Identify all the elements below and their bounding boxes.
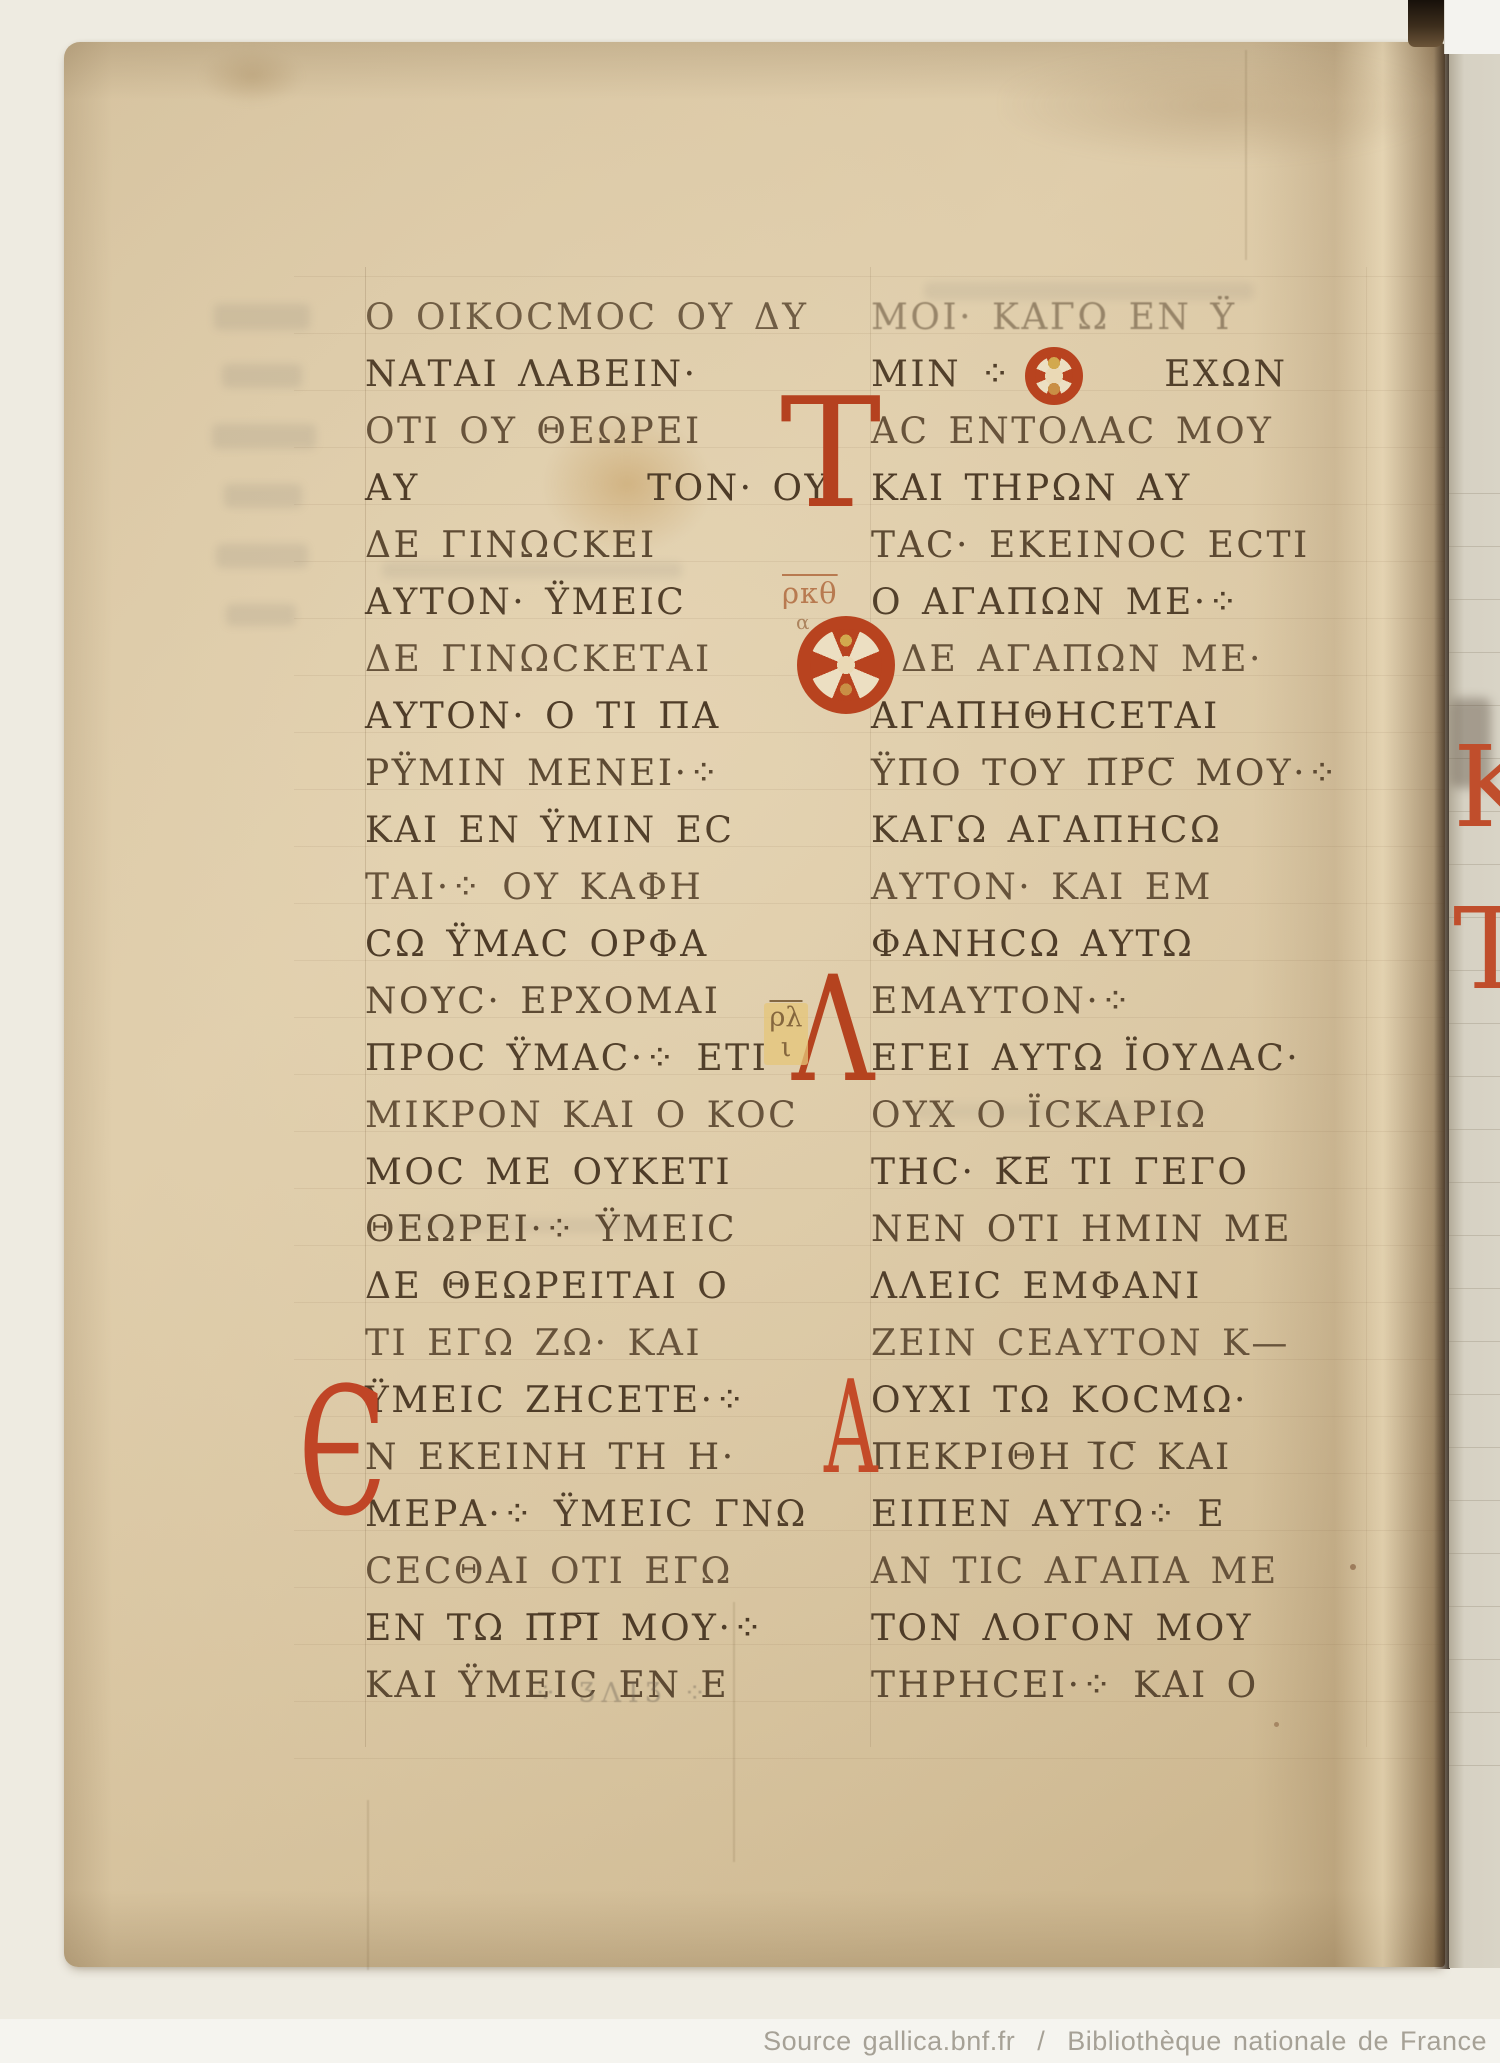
caption-bar: Source gallica.bnf.fr / Bibliothèque nat… (0, 2019, 1500, 2063)
text-column-right: ΜΟΙ· ΚΑΓΩ ΕΝ ΫΜΙΝ ⁘ ΕΧΩΝΑϹ ΕΝΤΟΛΑϹ ΜΟΥΚΑ… (871, 289, 1431, 1714)
text-line: ΦΑΝΗϹΩ ΑΥΤΩ (871, 916, 1431, 973)
corner-stain (202, 48, 302, 104)
text-line: ϹΩ ΫΜΑϹ ΟΡΦΑ (365, 916, 855, 973)
text-line: ΜΟϹ ΜΕ ΟΥΚΕΤΙ (365, 1144, 855, 1201)
faint-quire-mark: ⁘ ƷΛΙƷ ⁘ (534, 1678, 713, 1709)
text-line: ΔΕ ΘΕΩΡΕΙΤΑΙ Ο (365, 1258, 855, 1315)
text-line: ΘΕΩΡΕΙ·⁘ ΫΜΕΙϹ (365, 1201, 855, 1258)
facing-page-red-letter-kappa: Κ (1453, 743, 1500, 833)
text-line: ΕΜΑΥΤΟΝ·⁘ (871, 973, 1431, 1030)
text-line: ΜΙΚΡΟΝ ΚΑΙ Ο ΚΟϹ (365, 1087, 855, 1144)
text-line: ΑΥΤΟΝ· ΚΑΙ ΕΜ (871, 859, 1431, 916)
source-caption: Source gallica.bnf.fr / Bibliothèque nat… (763, 2026, 1487, 2057)
rubric-initial-epsilon: Є (298, 1378, 387, 1528)
page-edges-top-right (1444, 0, 1500, 54)
facing-page-red-letter-tau: Τ (1453, 905, 1500, 995)
text-line: ΚΑΓΩ ΑΓΑΠΗϹΩ (871, 802, 1431, 859)
rubric-initial-alpha: Α (824, 1374, 878, 1484)
facing-page-edge: Κ Τ (1449, 53, 1500, 1968)
text-line: ΡΫΜΙΝ ΜΕΝΕΙ·⁘ (365, 745, 855, 802)
text-line: ΫΜΕΙϹ ΖΗϹΕΤΕ·⁘ (365, 1372, 855, 1429)
text-line: ΤΙ ΕΓΩ ΖΩ· ΚΑΙ (365, 1315, 855, 1372)
text-line: ΤΑΙ·⁘ ΟΥ ΚΑΦΗ (365, 859, 855, 916)
margin-section-number: ρκθ α (782, 576, 838, 634)
gallica-scan-viewport: Ο ΟΙΚΟϹΜΟϹ ΟΥ ΔΥΝΑΤΑΙ ΛΑΒΕΙΝ·ΟΤΙ ΟΥ ΘΕΩΡ… (0, 0, 1500, 2063)
text-line: ΜΕΡΑ·⁘ ΫΜΕΙϹ ΓΝΩ (365, 1486, 855, 1543)
text-line: ΤΟΝ ΛΟΓΟΝ ΜΟΥ (871, 1600, 1431, 1657)
text-line: ΛΛΕΙϹ ΕΜΦΑΝΙ (871, 1258, 1431, 1315)
text-line: ΕΝ ΤΩ Π̅Ρ̅Ι̅ ΜΟΥ·⁘ (365, 1600, 855, 1657)
text-line: ΤΗϹ· Κ̅Ε̅ ΤΙ ΓΕΓΟ (871, 1144, 1431, 1201)
show-through-smudge (226, 604, 296, 626)
text-line: ΚΑΙ ΤΗΡΩΝ ΑΥ (871, 460, 1431, 517)
show-through-smudge (214, 304, 310, 330)
manuscript-page: Ο ΟΙΚΟϹΜΟϹ ΟΥ ΔΥΝΑΤΑΙ ΛΑΒΕΙΝ·ΟΤΙ ΟΥ ΘΕΩΡ… (64, 42, 1445, 1967)
ornate-omicron-inline (1025, 347, 1083, 405)
text-line: ΤΑϹ· ΕΚΕΙΝΟϹ ΕϹΤΙ (871, 517, 1431, 574)
show-through-smudge (216, 544, 308, 568)
canon-number-text: α (796, 610, 838, 634)
facing-page-ruling (1449, 493, 1500, 1773)
text-line: ΫΠΟ ΤΟΥ Π̅Ρ̅Ϲ̅ ΜΟΥ·⁘ (871, 745, 1431, 802)
show-through-smudge (212, 424, 316, 449)
text-line: ΔΕ ΑΓΑΠΩΝ ΜΕ· (871, 631, 1431, 688)
text-line: ΑΓΑΠΗΘΗϹΕΤΑΙ (871, 688, 1431, 745)
text-line: ΠΕΚΡΙΘΗ Ι̅Ϲ̅ ΚΑΙ (871, 1429, 1431, 1486)
text-line: ΕΓΕΙ ΑΥΤΩ ΪΟΥΔΑϹ· (871, 1030, 1431, 1087)
text-line: ΜΙΝ ⁘ ΕΧΩΝ (871, 346, 1431, 403)
text-line: ΔΕ ΓΙΝΩϹΚΕΤΑΙ (365, 631, 855, 688)
text-line: ΤΗΡΗϹΕΙ·⁘ ΚΑΙ Ο (871, 1657, 1431, 1714)
text-line: ΕΙΠΕΝ ΑΥΤΩ⁘ Ε (871, 1486, 1431, 1543)
book-gutter-shadow (1434, 44, 1450, 1969)
text-line: ΑΝ ΤΙϹ ΑΓΑΠΑ ΜΕ (871, 1543, 1431, 1600)
top-edge-soiling (1004, 50, 1434, 160)
text-line: ΜΟΙ· ΚΑΓΩ ΕΝ Ϋ (871, 289, 1431, 346)
fold-crease (1245, 50, 1247, 260)
text-line: ΚΑΙ ΕΝ ΫΜΙΝ ΕϹ (365, 802, 855, 859)
text-line: Ο ΑΓΑΠΩΝ ΜΕ·⁘ (871, 574, 1431, 631)
text-line: ϹΕϹΘΑΙ ΟΤΙ ΕΓΩ (365, 1543, 855, 1600)
rubric-initial-tau: Τ (780, 394, 881, 514)
text-line: Ν ΕΚΕΙΝΗ ΤΗ Η· (365, 1429, 855, 1486)
text-line: ΟΥΧ Ο ΪϹΚΑΡΙΩ (871, 1087, 1431, 1144)
text-line: ΟΥΧΙ ΤΩ ΚΟϹΜΩ· (871, 1372, 1431, 1429)
canon-number-text: ι (781, 1032, 792, 1063)
text-line: ΖΕΙΝ ϹΕΑΥΤΟΝ Κ— (871, 1315, 1431, 1372)
fold-crease (367, 1800, 369, 1970)
show-through-smudge (224, 484, 302, 508)
binding-dark-sliver (1408, 0, 1444, 47)
text-line: ΝΕΝ ΟΤΙ ΗΜΙΝ ΜΕ (871, 1201, 1431, 1258)
text-line: ΑΥΤΟΝ· Ο ΤΙ ΠΑ (365, 688, 855, 745)
show-through-smudge (222, 364, 302, 388)
margin-gold-section-mark: ρλ ι (764, 1003, 808, 1065)
text-line: ΑϹ ΕΝΤΟΛΑϹ ΜΟΥ (871, 403, 1431, 460)
section-number-text: ρλ (770, 1002, 803, 1033)
text-line: Ο ΟΙΚΟϹΜΟϹ ΟΥ ΔΥ (365, 289, 855, 346)
section-number-text: ρκθ (782, 576, 838, 610)
